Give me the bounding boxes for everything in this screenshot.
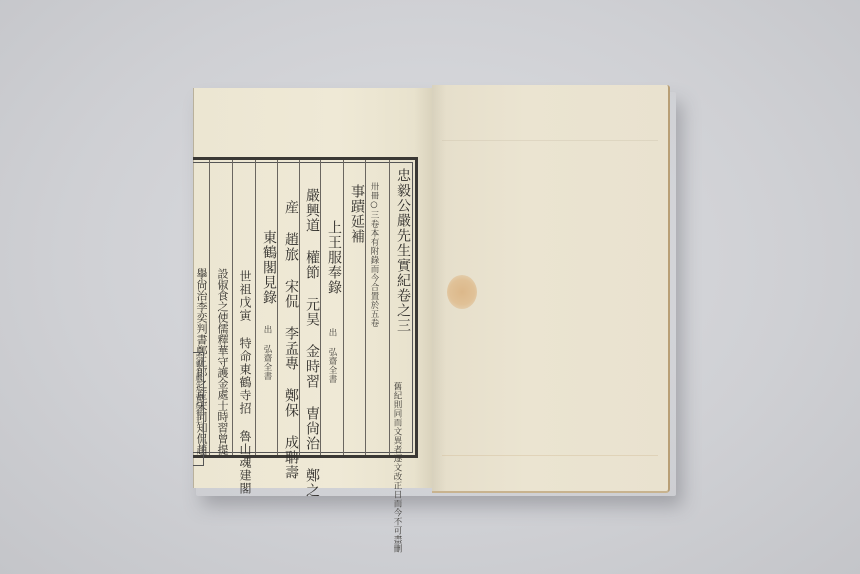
note-column: 卅冊○三卷本有附錄而今合置於五卷 xyxy=(369,182,379,292)
note-column: 出 弘齋全書 xyxy=(327,328,337,455)
print-frame: 忠毅公嚴先生實紀卷之三 舊紀則同而文異者逐文改正日而今不可盡刪 卅冊○三卷本有附… xyxy=(193,157,418,458)
column-rule xyxy=(255,160,256,455)
column-rule xyxy=(389,160,390,455)
stain-spot xyxy=(447,275,477,309)
text-column: 世祖戊寅 特命東鶴寺招 魯山魂建閣 xyxy=(236,270,254,455)
text-column: 産 趙旅 宋侃 李孟專 鄭保 成聃壽 xyxy=(281,200,301,455)
text-column: 嚴興道 權節 元昊 金時習 曺尙治 鄭之 xyxy=(302,188,322,455)
title-text: 忠毅公嚴先生實紀卷之三 xyxy=(395,168,411,333)
text-column: 事蹟延補 xyxy=(347,184,367,455)
title-note: 舊紀則同而文異者逐文改正日而今不可盡刪 xyxy=(392,382,402,452)
center-margin-fishtail: 忠毅公嚴先生實紀卷三 xyxy=(193,352,204,466)
column-rule xyxy=(232,160,233,455)
text-column: 設俶食之使儒釋華守護金處士時習曾提 xyxy=(214,268,231,455)
note-column: 出 弘齋全書 xyxy=(262,325,272,455)
